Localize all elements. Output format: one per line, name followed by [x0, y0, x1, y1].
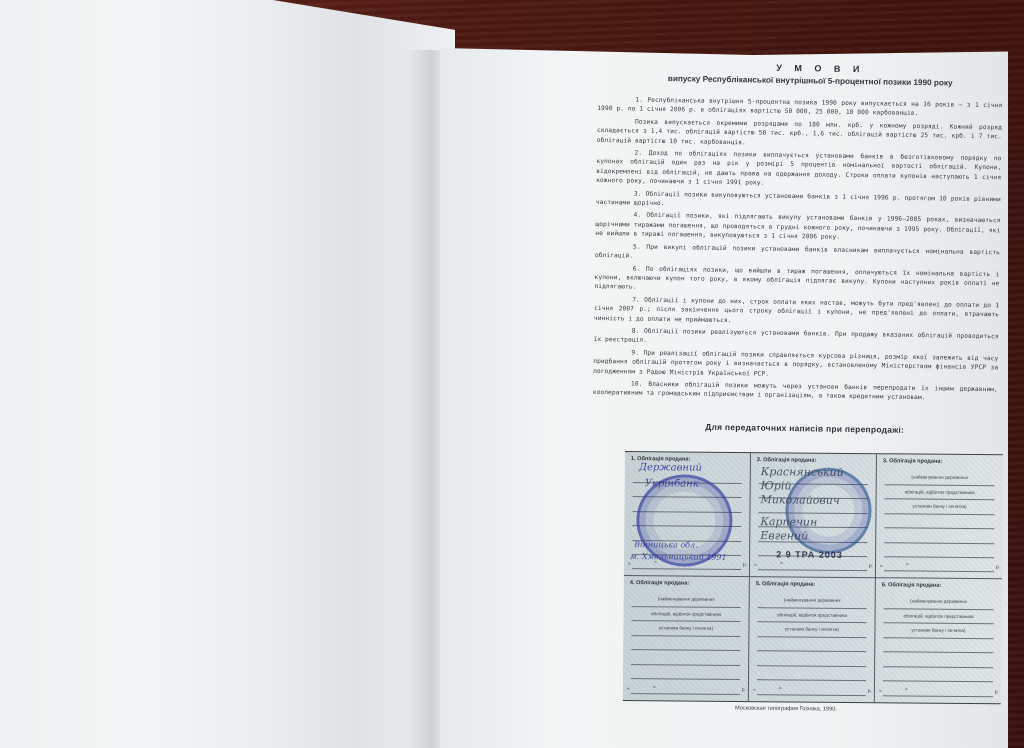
ruled-line-hint: (найменування державних	[632, 596, 741, 602]
date-stamp: 2 9 ТРА 2003	[776, 549, 843, 560]
resale-cell: 2. Облігація продана:«»р.КраснянськийЮрі…	[750, 453, 877, 578]
condition-paragraph: 9. При реалізації облігацій позики справ…	[593, 348, 998, 383]
ruled-line-hint: облігацій, відбиток представника	[758, 612, 867, 618]
ruled-line-hint: облігацій, відбиток представника	[632, 611, 741, 617]
ruled-line	[631, 650, 740, 665]
date-line-mark: р.	[995, 689, 999, 695]
date-line: «»р.	[884, 564, 994, 572]
handwritten-text: Карпечин	[760, 515, 817, 528]
resale-endorsement-grid: 1. Облігація продана:«»р.ДержавнийУкрінб…	[623, 451, 1003, 704]
condition-paragraph: 5. При викупі облігацій позики установам…	[595, 242, 1000, 267]
ruled-line	[884, 514, 994, 529]
ruled-line	[757, 666, 866, 681]
ruled-line-hint: (найменування державних	[758, 597, 867, 603]
ruled-line-hint: (найменування державних	[885, 474, 995, 480]
condition-paragraph: 8. Облігації позики реалізуються установ…	[594, 326, 999, 351]
bond-conditions-text: У М О В И випуску Республіканської внутр…	[592, 60, 1003, 443]
ruled-line: (найменування державних	[632, 592, 741, 607]
ruled-line	[883, 652, 993, 667]
ruled-line: (найменування державних	[884, 594, 994, 609]
condition-paragraph: 2. Доход по облігаціях позики виплачуєть…	[596, 148, 1002, 192]
ruled-line-hint: облігацій, відбиток представника	[884, 613, 994, 619]
ruled-lines: (найменування державнихоблігацій, відбит…	[631, 592, 741, 680]
date-line: «»р.	[757, 688, 866, 696]
handwritten-text: Миколайович	[761, 493, 840, 507]
ruled-lines: (найменування державнихоблігацій, відбит…	[884, 470, 995, 558]
handwritten-text: Укрінбанк	[645, 478, 699, 489]
date-line-mark: р.	[868, 688, 872, 694]
ruled-line: облігацій, відбиток представника	[758, 608, 867, 623]
date-line-mark: р.	[869, 563, 873, 569]
resale-cell: 5. Облігація продана:(найменування держа…	[749, 577, 876, 702]
ruled-line-hint: облігацій, відбиток представника	[885, 489, 995, 495]
date-line-mark: «	[753, 687, 756, 693]
handwritten-text: Краснянський	[761, 465, 844, 479]
resale-cell-label: 3. Облігація продана:	[883, 458, 997, 465]
date-line-mark: «	[627, 686, 630, 692]
ruled-line: установи банку і печатка)	[884, 499, 994, 514]
ruled-line	[631, 665, 740, 680]
ruled-line-hint: установи банку і печатка)	[883, 627, 993, 633]
ruled-lines: (найменування державнихоблігацій, відбит…	[883, 594, 994, 682]
condition-paragraph: 3. Облігації позики викуповуються устано…	[596, 189, 1001, 214]
ruled-line	[883, 638, 993, 653]
date-line-mark: «	[879, 688, 882, 694]
resale-cell: 4. Облігація продана:(найменування держа…	[623, 576, 750, 701]
ruled-line: облігацій, відбиток представника	[885, 485, 995, 500]
date-line: «»р.	[758, 563, 867, 571]
resale-cell: 1. Облігація продана:«»р.ДержавнийУкрінб…	[624, 452, 751, 577]
date-line-mark: »	[779, 685, 782, 691]
ruled-line: установи банку і печатка)	[631, 621, 740, 636]
condition-paragraph: 4. Облігації позики, які підлягають вику…	[595, 210, 1000, 245]
ruled-line	[757, 637, 866, 652]
date-line: «»р.	[631, 687, 740, 695]
date-line-mark: р.	[996, 564, 1000, 570]
date-line-mark: «	[880, 563, 883, 569]
handwritten-text: Евгений	[760, 529, 808, 542]
handwritten-text: Юрій	[761, 479, 792, 492]
blank-left-page	[0, 0, 455, 748]
resale-cell-label: 2. Облігація продана:	[757, 457, 870, 464]
condition-paragraph: 6. По облігаціях позики, що вийшли в тир…	[594, 263, 999, 298]
date-line: «»р.	[883, 689, 993, 697]
ruled-line-hint: (найменування державних	[884, 598, 994, 604]
condition-paragraph: Позика випускається окремими розрядами п…	[597, 117, 1002, 152]
ruled-line	[757, 651, 866, 666]
ruled-line: (найменування державних	[758, 593, 867, 608]
handwritten-text: м. Хмельницький 1991	[630, 552, 727, 562]
condition-paragraph: 10. Власники облігацій позики можуть чер…	[593, 379, 998, 404]
resale-cell: 3. Облігація продана:(найменування держа…	[876, 454, 1003, 579]
ruled-line-hint: установи банку і печатка)	[757, 626, 866, 632]
date-line-mark: «	[754, 562, 757, 568]
handwritten-text: Державний	[639, 462, 702, 474]
document-subtitle: випуску Республіканської внутрішньої 5-п…	[618, 73, 1003, 88]
ruled-line	[884, 528, 994, 543]
ruled-line: (найменування державних	[885, 470, 995, 485]
ruled-line	[631, 636, 740, 651]
condition-paragraph: 7. Облігації і купони до них, строк опла…	[594, 295, 999, 330]
date-line-mark: «	[628, 561, 631, 567]
resale-cell-label: 5. Облігація продана:	[756, 581, 869, 588]
resale-cell-label: 4. Облігація продана:	[630, 580, 743, 587]
date-line-mark: р.	[742, 687, 746, 693]
ruled-line: облігацій, відбиток представника	[632, 607, 741, 622]
resale-cell: 6. Облігація продана:(найменування держа…	[875, 578, 1002, 703]
handwritten-text: Вінницька обл.	[634, 540, 698, 550]
ruled-line: облігацій, відбиток представника	[884, 609, 994, 624]
ruled-line	[883, 667, 993, 682]
resale-section-heading: Для передаточних написів при перепродажі…	[612, 420, 997, 436]
date-line-mark: »	[653, 684, 656, 690]
date-line-mark: р.	[743, 562, 747, 568]
ruled-line-hint: установи банку і печатка)	[631, 625, 740, 631]
ruled-lines: (найменування державнихоблігацій, відбит…	[757, 593, 867, 681]
date-line-mark: »	[905, 686, 908, 692]
printer-imprint: Московская типография Гознака, 1990.	[735, 705, 837, 712]
date-line-mark: »	[906, 561, 909, 567]
ruled-line: установи банку і печатка)	[883, 623, 993, 638]
date-line-mark: »	[780, 560, 783, 566]
condition-paragraph: 1. Республіканська внутрішня 5-процентна…	[597, 95, 1002, 120]
resale-cell-label: 6. Облігація продана:	[882, 582, 996, 589]
ruled-line-hint: установи банку і печатка)	[885, 503, 995, 509]
ruled-line	[884, 543, 994, 558]
ruled-line: установи банку і печатка)	[757, 622, 866, 637]
